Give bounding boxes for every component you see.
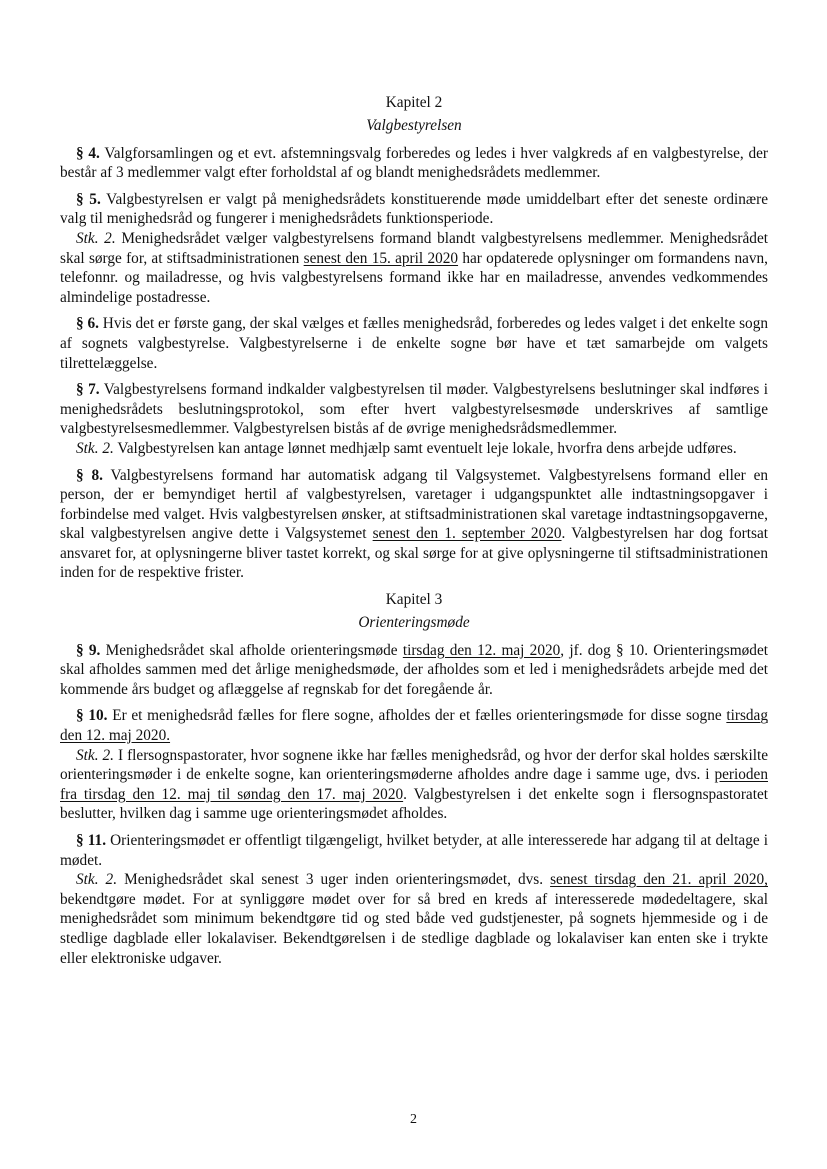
stk-text: Valgbestyrelsen kan antage lønnet medhjæ… — [114, 440, 737, 457]
stk-text: I flersognspastorater, hvor sognene ikke… — [60, 747, 768, 784]
section-9: § 9. Menighedsrådet skal afholde oriente… — [60, 641, 768, 700]
document-page: Kapitel 2 Valgbestyrelsen § 4. Valgforsa… — [60, 93, 768, 975]
section-text: Menighedsrådet skal afholde orienterings… — [100, 642, 402, 659]
page-number: 2 — [0, 1112, 827, 1128]
chapter-title: Orienteringsmøde — [60, 613, 768, 633]
deadline-underlined: senest tirsdag den 21. april 2020, — [550, 871, 768, 888]
stk-label: Stk. 2. — [76, 871, 117, 888]
section-marker: § 10. — [76, 707, 108, 724]
section-text: Valgbestyrelsen er valgt på menighedsråd… — [60, 191, 768, 228]
chapter: Kapitel 3 Orienteringsmøde § 9. Menighed… — [60, 590, 768, 968]
deadline-underlined: senest den 1. september 2020 — [373, 525, 562, 542]
section-text: Orienteringsmødet er offentligt tilgænge… — [60, 832, 768, 869]
stk-label: Stk. 2. — [76, 440, 114, 457]
chapter-title: Valgbestyrelsen — [60, 116, 768, 136]
stk-2: Stk. 2. I flersognspastorater, hvor sogn… — [60, 746, 768, 824]
stk-text: bekendtgøre mødet. For at synliggøre mød… — [60, 891, 768, 967]
chapter-number: Kapitel 3 — [60, 590, 768, 613]
section-text: Hvis det er første gang, der skal vælges… — [60, 315, 768, 371]
chapter: Kapitel 2 Valgbestyrelsen § 4. Valgforsa… — [60, 93, 768, 583]
section-11: § 11. Orienteringsmødet er offentligt ti… — [60, 831, 768, 968]
section-marker: § 9. — [76, 642, 100, 659]
stk-2: Stk. 2. Menighedsrådet skal senest 3 uge… — [60, 870, 768, 968]
chapter-number: Kapitel 2 — [60, 93, 768, 116]
section-8: § 8. Valgbestyrelsens formand har automa… — [60, 466, 768, 584]
stk-text: Menighedsrådet skal senest 3 uger inden … — [117, 871, 550, 888]
stk-label: Stk. 2. — [76, 747, 114, 764]
section-marker: § 8. — [76, 467, 103, 484]
section-marker: § 5. — [76, 191, 101, 208]
deadline-underlined: senest den 15. april 2020 — [304, 250, 458, 267]
section-10: § 10. Er et menighedsråd fælles for fler… — [60, 706, 768, 824]
section-text: Valgbestyrelsens formand indkalder valgb… — [60, 381, 768, 437]
stk-label: Stk. 2. — [76, 230, 116, 247]
section-6: § 6. Hvis det er første gang, der skal v… — [60, 314, 768, 373]
section-text: Valgforsamlingen og et evt. afstemningsv… — [60, 145, 768, 182]
section-text: Er et menighedsråd fælles for flere sogn… — [108, 707, 727, 724]
section-marker: § 6. — [76, 315, 99, 332]
stk-2: Stk. 2. Menighedsrådet vælger valgbestyr… — [60, 229, 768, 307]
section-marker: § 7. — [76, 381, 100, 398]
deadline-underlined: tirsdag den 12. maj 2020 — [403, 642, 560, 659]
section-4: § 4. Valgforsamlingen og et evt. afstemn… — [60, 144, 768, 183]
section-marker: § 4. — [76, 145, 100, 162]
stk-2: Stk. 2. Valgbestyrelsen kan antage lønne… — [60, 439, 768, 459]
section-7: § 7. Valgbestyrelsens formand indkalder … — [60, 380, 768, 458]
section-marker: § 11. — [76, 832, 106, 849]
section-5: § 5. Valgbestyrelsen er valgt på menighe… — [60, 190, 768, 308]
